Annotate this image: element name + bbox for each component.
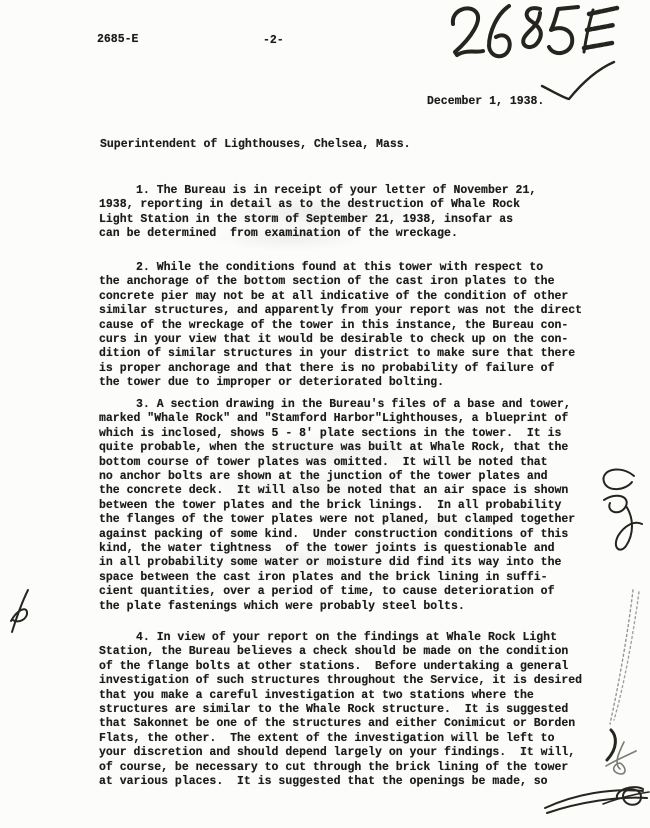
paragraph-4: 4. In view of your report on the finding… bbox=[99, 631, 582, 789]
paragraph-line: Flats, the other. The extent of the inve… bbox=[99, 732, 582, 746]
paragraph-line: the tower due to improper or deteriorate… bbox=[99, 376, 582, 390]
paragraph-line: which is inclosed, shows 5 - 8' plate se… bbox=[99, 427, 575, 441]
paragraph-line: 4. In view of your report on the finding… bbox=[99, 631, 582, 645]
paragraph-line: the anchorage of the bottom section of t… bbox=[99, 275, 582, 289]
paragraph-line: against packing of some kind. Under cons… bbox=[99, 528, 575, 542]
date-line: December 1, 1938. bbox=[427, 95, 544, 109]
page-number: -2- bbox=[263, 34, 284, 48]
paragraph-line: kind, the water tightness of the tower j… bbox=[99, 542, 575, 556]
paragraph-3: 3. A section drawing in the Bureau's fil… bbox=[99, 398, 575, 614]
paragraph-line: of course, be necessary to cut through t… bbox=[99, 761, 582, 775]
paragraph-line: at various places. It is suggested that … bbox=[99, 775, 582, 789]
paragraph-line: dition of similar structures in your dis… bbox=[99, 347, 582, 361]
paragraph-line: 2. While the conditions found at this to… bbox=[99, 261, 582, 275]
paragraph-line: the concrete deck. It will also be noted… bbox=[99, 484, 575, 498]
handwritten-file-number bbox=[443, 2, 621, 68]
paragraph-line: no anchor bolts are shown at the junctio… bbox=[99, 470, 575, 484]
signature-scribble bbox=[543, 780, 650, 822]
paragraph-line: your discretion and should depend largel… bbox=[99, 746, 582, 760]
checkmark-icon bbox=[538, 60, 618, 104]
paragraph-line: that Sakonnet be one of the structures a… bbox=[99, 717, 582, 731]
paragraph-1: 1. The Bureau is in receipt of your lett… bbox=[99, 184, 536, 242]
paragraph-line: concrete pier may not be at all indicati… bbox=[99, 290, 582, 304]
paragraph-line: is proper anchorage and that there is no… bbox=[99, 362, 582, 376]
paragraph-line: can be determined from examination of th… bbox=[99, 227, 536, 241]
recipient-line: Superintendent of Lighthouses, Chelsea, … bbox=[100, 138, 411, 152]
paragraph-line: curs in your view that it would be desir… bbox=[99, 333, 582, 347]
paragraph-line: marked "Whale Rock" and "Stamford Harbor… bbox=[99, 412, 575, 426]
paragraph-line: between the tower plates and the brick l… bbox=[99, 499, 575, 513]
paragraph-line: similar structures, and apparently from … bbox=[99, 304, 582, 318]
scanned-letter-page: 2685-E -2- December 1, 1938. Superintend… bbox=[0, 0, 650, 828]
paragraph-line: Station, the Bureau believes a check sho… bbox=[99, 645, 582, 659]
paragraph-line: cause of the wreckage of the tower in th… bbox=[99, 319, 582, 333]
paragraph-line: 1938, reporting in detail as to the dest… bbox=[99, 198, 536, 212]
pencil-smudge bbox=[600, 588, 646, 730]
paragraph-line: Light Station in the storm of September … bbox=[99, 213, 536, 227]
paragraph-line: investigation of such structures through… bbox=[99, 674, 582, 688]
left-margin-scribble bbox=[4, 586, 38, 638]
paragraph-2: 2. While the conditions found at this to… bbox=[99, 261, 582, 391]
paragraph-line: bottom course of tower plates was omitte… bbox=[99, 456, 575, 470]
paragraph-line: 3. A section drawing in the Bureau's fil… bbox=[99, 398, 575, 412]
paragraph-line: the flanges of the tower plates were not… bbox=[99, 513, 575, 527]
paragraph-line: in all probability some water or moistur… bbox=[99, 556, 575, 570]
paragraph-line: of the flange bolts at other stations. B… bbox=[99, 660, 582, 674]
handwritten-fraction-mark bbox=[596, 726, 646, 783]
paragraph-line: cient quantities, over a period of time,… bbox=[99, 585, 575, 599]
paragraph-line: the plate fastenings which were probably… bbox=[99, 600, 575, 614]
paragraph-line: structures are similar to the Whale Rock… bbox=[99, 703, 582, 717]
paragraph-line: space between the cast iron plates and t… bbox=[99, 571, 575, 585]
paragraph-line: 1. The Bureau is in receipt of your lett… bbox=[99, 184, 536, 198]
paragraph-line: quite probable, when the structure was b… bbox=[99, 441, 575, 455]
file-number: 2685-E bbox=[97, 33, 138, 47]
paragraph-line: that you make a careful investigation at… bbox=[99, 689, 582, 703]
right-margin-initials bbox=[580, 462, 650, 570]
